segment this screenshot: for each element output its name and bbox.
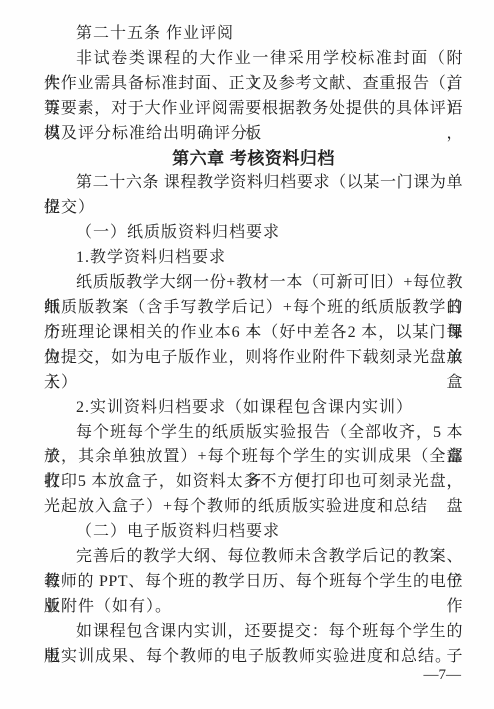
- document-body: 第二十五条 作业评阅非试卷类课程的大作业一律采用学校标准封面（附件），大作业需具…: [44, 22, 463, 670]
- text-line: 位提交，如为电子版作业，则将作业附件下载刻录光盘放入盒: [44, 346, 463, 371]
- text-line: 等要素，对于大作业评阅需要根据教务处提供的具体评语模板，: [44, 97, 463, 122]
- text-line: 第二十六条 课程教学资料归档要求（以某一门课为单位: [44, 171, 463, 196]
- text-line: 完善后的教学大纲、每位教师未含教学后记的教案、每位: [44, 545, 463, 570]
- text-line: （二）电子版资料归档要求: [44, 520, 463, 545]
- text-line: 第二十五条 作业评阅: [44, 22, 463, 47]
- text-line: （一）纸质版资料归档要求: [44, 221, 463, 246]
- text-line: 版实训成果、每个教师的电子版教师实验进度和总结。: [44, 645, 463, 670]
- text-line: 教师的 PPT、每个班的教学日历、每个班每个学生的电子版作: [44, 570, 463, 595]
- chapter-heading: 第六章 考核资料归档: [44, 147, 463, 172]
- text-line: 纸质版教案（含手写教学后记）+每个班的纸质版教学日历+每: [44, 296, 463, 321]
- text-line: 纸质版教学大纲一份+教材一本（可新可旧）+每位教师的: [44, 271, 463, 296]
- text-line: 一起放入盒子）+每个教师的纸质版实验进度和总结: [44, 495, 463, 520]
- text-line: 个班理论课相关的作业本6 本（好中差各2 本，以某门课为单: [44, 321, 463, 346]
- text-line: 1.教学资料归档要求: [44, 246, 463, 271]
- text-line: 大作业需具备标准封面、正文及参考文献、查重报告（首页）: [44, 72, 463, 97]
- text-line: 如课程包含课内实训，还要提交：每个班每个学生的电子: [44, 620, 463, 645]
- text-line: 2.实训资料归档要求（如课程包含课内实训）: [44, 396, 463, 421]
- document-page: 第二十五条 作业评阅非试卷类课程的大作业一律采用学校标准封面（附件），大作业需具…: [0, 0, 494, 709]
- text-line: 非试卷类课程的大作业一律采用学校标准封面（附件），: [44, 47, 463, 72]
- text-line: 每个班每个学生的纸质版实验报告（全部收齐，5 本放盒: [44, 421, 463, 446]
- text-line: 打印5 本放盒子，如资料太多不方便打印也可刻录光盘，光盘: [44, 470, 463, 495]
- text-line: 子，其余单独放置）+每个班每个学生的实训成果（全部收齐，: [44, 445, 463, 470]
- text-line: 提交）: [44, 196, 463, 221]
- page-number: —7—: [424, 667, 462, 683]
